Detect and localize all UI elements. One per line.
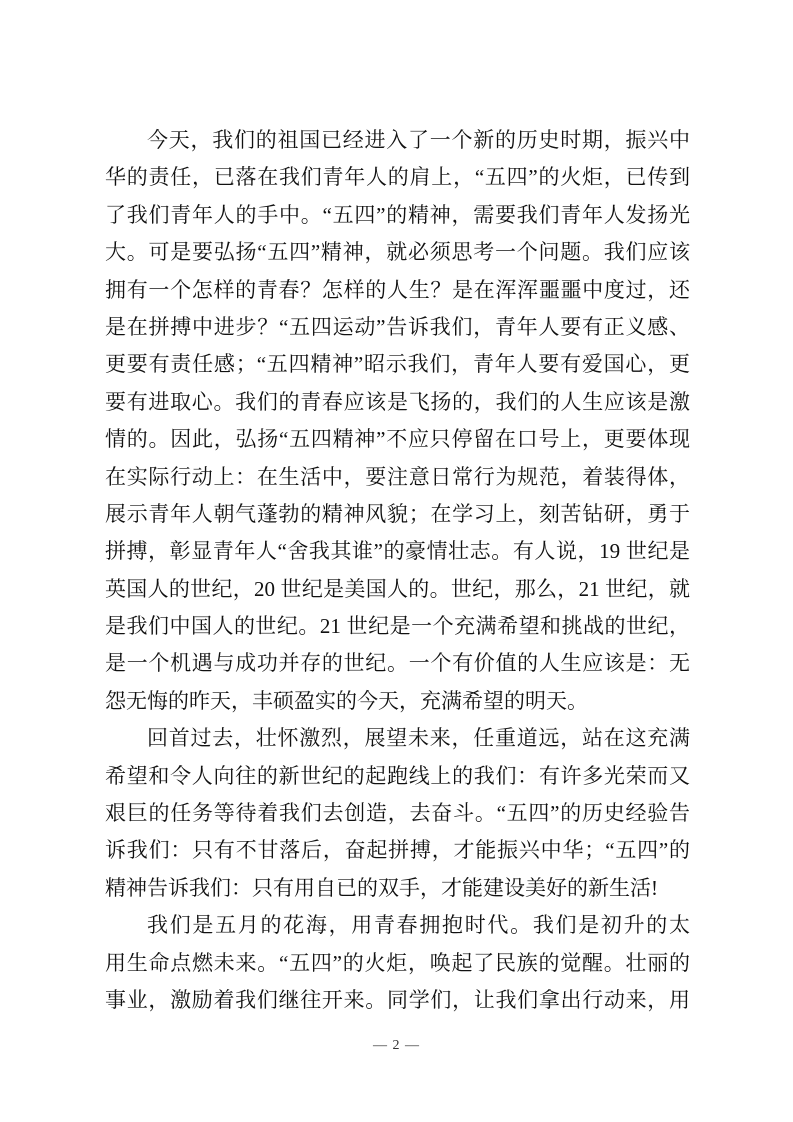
document-page: 今天，我们的祖国已经进入了一个新的历史时期，振兴中华的责任，已落在我们青年人的肩… [0,0,793,1122]
text-line: 华的责任，已落在我们青年人的肩上，“五四”的火炬，已传到 [105,159,690,196]
text-line: 要有进取心。我们的青春应该是飞扬的，我们的人生应该是激 [105,384,690,421]
paragraph: 我们是五月的花海，用青春拥抱时代。我们是初升的太阳，用生命点燃未来。“五四”的火… [105,907,690,1019]
text-line: 用生命点燃未来。“五四”的火炬，唤起了民族的觉醒。壮丽的 [105,945,690,982]
text-line: 了我们青年人的手中。“五四”的精神，需要我们青年人发扬光 [105,197,690,234]
text-line: 事业，激励着我们继往开来。同学们，让我们拿出行动来，用 [105,982,690,1019]
text-line: 希望和令人向往的新世纪的起跑线上的我们：有许多光荣而又 [105,758,690,795]
text-line: 诉我们：只有不甘落后，奋起拼搏，才能振兴中华；“五四”的 [105,832,690,869]
document-body: 今天，我们的祖国已经进入了一个新的历史时期，振兴中华的责任，已落在我们青年人的肩… [105,122,690,1019]
text-line: 是一个机遇与成功并存的世纪。一个有价值的人生应该是：无 [105,645,690,682]
text-line: 怨无悔的昨天，丰硕盈实的今天，充满希望的明天。 [105,683,690,720]
page-number: — 2 — [0,1036,793,1056]
text-line: 拼搏，彰显青年人“舍我其谁”的豪情壮志。有人说，19 世纪是 [105,533,690,570]
paragraph: 今天，我们的祖国已经进入了一个新的历史时期，振兴中华的责任，已落在我们青年人的肩… [105,122,690,720]
text-line: 更要有责任感；“五四精神”昭示我们，青年人要有爱国心，更 [105,346,690,383]
text-line: 回首过去，壮怀激烈，展望未来，任重道远，站在这充满 [105,720,690,757]
text-line: 展示青年人朝气蓬勃的精神风貌；在学习上，刻苦钻研，勇于 [105,496,690,533]
text-line: 今天，我们的祖国已经进入了一个新的历史时期，振兴中 [105,122,690,159]
text-line: 我们是五月的花海，用青春拥抱时代。我们是初升的太阳， [105,907,690,944]
text-line: 在实际行动上：在生活中，要注意日常行为规范，着装得体， [105,459,690,496]
text-line: 拥有一个怎样的青春？怎样的人生？是在浑浑噩噩中度过，还 [105,272,690,309]
paragraph: 回首过去，壮怀激烈，展望未来，任重道远，站在这充满希望和令人向往的新世纪的起跑线… [105,720,690,907]
text-line: 英国人的世纪，20 世纪是美国人的。世纪，那么，21 世纪，就 [105,571,690,608]
text-line: 是在拼搏中进步？“五四运动”告诉我们，青年人要有正义感、 [105,309,690,346]
text-line: 精神告诉我们：只有用自已的双手，才能建设美好的新生活! [105,870,690,907]
text-line: 情的。因此，弘扬“五四精神”不应只停留在口号上，更要体现 [105,421,690,458]
text-line: 艰巨的任务等待着我们去创造，去奋斗。“五四”的历史经验告 [105,795,690,832]
text-line: 是我们中国人的世纪。21 世纪是一个充满希望和挑战的世纪， [105,608,690,645]
text-line: 大。可是要弘扬“五四”精神，就必须思考一个问题。我们应该 [105,234,690,271]
